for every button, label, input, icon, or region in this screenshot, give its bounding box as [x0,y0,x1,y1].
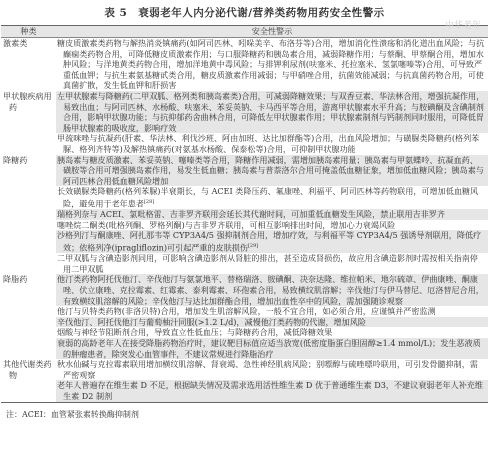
table-row: 瑞格列奈与 ACEI、氯吡格雷、吉非罗齐联用会延长其代谢时间，可加重低血糖发生风… [1,209,488,220]
category-label: 甲状腺疾病用药 [3,91,56,112]
warning-text: 甲巯咪唑与抗凝药(肝素、华法林、利伐沙班、阿由加班、达比加群酯等)合用，出血风险… [57,133,479,154]
warning-cell: 噻唑烷二酮类(吡格列酮、罗格列酮)与吉非罗齐联用，可相互影响排出时间，增加心力衰… [56,220,488,231]
warning-cell: 烟酸与神经节阻断剂合用，导致直立性低血压；与降糖药合用，减低降糖效果 [56,327,488,338]
table-row: 他汀与贝特类药物(非洛贝特)合用，增加发生肌溶解风险，一般不宜合用，如必须合用，… [1,306,488,317]
table-row: 二甲双胍与含碘造影剂同用，可影响含碘造影剂从肾脏的排出，甚至造成肾损伤，故应用含… [1,253,488,274]
warning-text: 烟酸与神经节阻断剂合用，导致直立性低血压；与降糖药合用，减低降糖效果 [57,327,332,337]
category-cell: 降脂药 [1,274,56,359]
category-label: 激素类 [3,38,56,49]
warning-cell: 糖皮质激素类药物与解热消炎镇痛药(如阿司匹林、吲哚美辛、布洛芬等)合用，增加消化… [56,38,488,91]
table-row: 辛伐他汀、阿托伐他汀与葡萄柚汁同服(>1.2 L/d)，减慢他汀类药物的代谢，增… [1,317,488,328]
table-row: 沙格列汀与酮康唑、阿扎那韦等 CYP3A4/5 强抑制剂合用，增加疗效，与利福平… [1,230,488,253]
table-footnote: 注：ACEI：血管紧张素转换酶抑制剂 [6,409,489,420]
category-label: 降脂药 [3,274,56,285]
warning-text: 胰岛素与糖皮质激素、苯妥英钠、噻嗪类等合用，降糖作用减弱，需增加胰岛素用量；胰岛… [57,155,484,186]
warning-cell: 胰岛素与糖皮质激素、苯妥英钠、噻嗪类等合用，降糖作用减弱，需增加胰岛素用量；胰岛… [56,155,488,187]
category-cell: 激素类 [1,38,56,91]
table-row: 甲巯咪唑与抗凝药(肝素、华法林、利伐沙班、阿由加班、达比加群酯等)合用，出血风险… [1,133,488,154]
category-label: 其他代谢类药物 [3,359,56,380]
warning-cell: 辛伐他汀、阿托伐他汀与葡萄柚汁同服(>1.2 L/d)，减慢他汀类药物的代谢，增… [56,317,488,328]
reference-citation: [28] [144,199,154,205]
warning-cell: 瑞格列奈与 ACEI、氯吡格雷、吉非罗齐联用会延长其代谢时间，可加重低血糖发生风… [56,209,488,220]
warning-cell: 左甲状腺素与降糖药(二甲双胍、格列类和胰岛素类)合用，可减弱降糖效果；与双香豆素… [56,91,488,133]
header-safety-warning: 安全性警示 [56,26,488,38]
table-row: 其他代谢类药物秋水仙碱与克拉霉素联用增加横纹肌溶解、肾衰竭、急性神经肌病风险；别… [1,359,488,380]
warning-cell: 长效磺脲类降糖药(格列苯脲)半衰期长，与 ACEI 类降压药、氟康唑、利福平、阿… [56,186,488,209]
warning-text: 秋水仙碱与克拉霉素联用增加横纹肌溶解、肾衰竭、急性神经肌病风险；别嘌醇与硫唑嘌呤… [57,359,478,380]
table-row: 衰弱的高龄老年人在接受降脂药物治疗时，建议靶目标值应适当放宽(低密度脂蛋白胆固醇… [1,338,488,359]
category-cell: 甲状腺疾病用药 [1,91,56,155]
table-row: 长效磺脲类降糖药(格列苯脲)半衰期长，与 ACEI 类降压药、氟康唑、利福平、阿… [1,186,488,209]
warning-text: 辛伐他汀、阿托伐他汀与葡萄柚汁同服(>1.2 L/d)，减慢他汀类药物的代谢，增… [57,317,366,327]
table-row: 烟酸与神经节阻断剂合用，导致直立性低血压；与降糖药合用，减低降糖效果 [1,327,488,338]
warning-cell: 甲巯咪唑与抗凝药(肝素、华法林、利伐沙班、阿由加班、达比加群酯等)合用，出血风险… [56,133,488,154]
warning-cell: 衰弱的高龄老年人在接受降脂药物治疗时，建议靶目标值应适当放宽(低密度脂蛋白胆固醇… [56,338,488,359]
warning-cell: 沙格列汀与酮康唑、阿扎那韦等 CYP3A4/5 强抑制剂合用，增加疗效，与利福平… [56,230,488,253]
warning-text: 他汀与贝特类药物(非洛贝特)合用，增加发生肌溶解风险，一般不宜合用，如必须合用，… [57,306,436,316]
table-row: 降脂药他汀类药物阿托伐他汀、辛伐他汀与氨氯地平、替格瑞洛、胺碘酮、决奈达隆、维拉… [1,274,488,306]
drug-safety-table: 种类 安全性警示 激素类糖皮质激素类药物与解热消炎镇痛药(如阿司匹林、吲哚美辛、… [1,25,488,403]
reference-citation: [29] [248,243,258,249]
warning-text: 他汀类药物阿托伐他汀、辛伐他汀与氨氯地平、替格瑞洛、胺碘酮、决奈达隆、维拉帕米、… [57,274,484,305]
warning-text: 衰弱的高龄老年人在接受降脂药物治疗时，建议靶目标值应适当放宽(低密度脂蛋白胆固醇… [57,338,481,359]
header-category: 种类 [1,26,56,38]
table-header-row: 种类 安全性警示 [1,26,488,38]
warning-cell: 二甲双胍与含碘造影剂同用，可影响含碘造影剂从肾脏的排出，甚至造成肾损伤，故应用含… [56,253,488,274]
table-row: 激素类糖皮质激素类药物与解热消炎镇痛药(如阿司匹林、吲哚美辛、布洛芬等)合用，增… [1,38,488,91]
watermark-logo: 中华老年 [445,18,481,31]
table-row: 老年人普遍存在维生素 D 不足，根据缺失情况及需求选用活性维生素 D 优于普通维… [1,380,488,402]
table-row: 降糖药胰岛素与糖皮质激素、苯妥英钠、噻嗪类等合用，降糖作用减弱，需增加胰岛素用量… [1,155,488,187]
warning-text: 糖皮质激素类药物与解热消炎镇痛药(如阿司匹林、吲哚美辛、布洛芬等)合用，增加消化… [57,38,484,90]
warning-text: 左甲状腺素与降糖药(二甲双胍、格列类和胰岛素类)合用，可减弱降糖效果；与双香豆素… [57,91,484,133]
category-cell: 降糖药 [1,155,56,275]
warning-text: 老年人普遍存在维生素 D 不足，根据缺失情况及需求选用活性维生素 D 优于普通维… [57,380,483,401]
warning-cell: 秋水仙碱与克拉霉素联用增加横纹肌溶解、肾衰竭、急性神经肌病风险；别嘌醇与硫唑嘌呤… [56,359,488,380]
warning-text: 二甲双胍与含碘造影剂同用，可影响含碘造影剂从肾脏的排出，甚至造成肾损伤，故应用含… [57,253,478,274]
category-cell: 其他代谢类药物 [1,359,56,402]
warning-cell: 他汀类药物阿托伐他汀、辛伐他汀与氨氯地平、替格瑞洛、胺碘酮、决奈达隆、维拉帕米、… [56,274,488,306]
category-label: 降糖药 [3,155,56,166]
warning-cell: 他汀与贝特类药物(非洛贝特)合用，增加发生肌溶解风险，一般不宜合用，如必须合用，… [56,306,488,317]
warning-text: 噻唑烷二酮类(吡格列酮、罗格列酮)与吉非罗齐联用，可相互影响排出时间，增加心力衰… [57,220,395,230]
warning-text: 沙格列汀与酮康唑、阿扎那韦等 CYP3A4/5 强抑制剂合用，增加疗效，与利福平… [57,230,481,252]
warning-text: 瑞格列奈与 ACEI、氯吡格雷、吉非罗齐联用会延长其代谢时间，可加重低血糖发生风… [57,209,445,219]
table-row: 噻唑烷二酮类(吡格列酮、罗格列酮)与吉非罗齐联用，可相互影响排出时间，增加心力衰… [1,220,488,231]
warning-text: 长效磺脲类降糖药(格列苯脲)半衰期长，与 ACEI 类降压药、氟康唑、利福平、阿… [57,186,478,208]
table-title: 表 5 衰弱老年人内分泌代谢/营养类药物用药安全性警示 [0,6,489,20]
warning-cell: 老年人普遍存在维生素 D 不足，根据缺失情况及需求选用活性维生素 D 优于普通维… [56,380,488,402]
table-row: 甲状腺疾病用药左甲状腺素与降糖药(二甲双胍、格列类和胰岛素类)合用，可减弱降糖效… [1,91,488,133]
